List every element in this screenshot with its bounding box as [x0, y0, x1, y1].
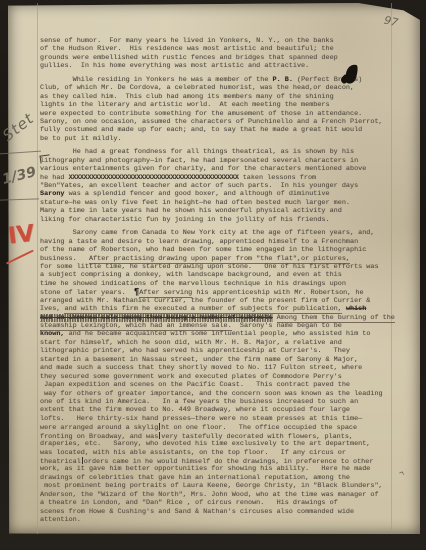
typed-segment: lights in the literary and artistic worl…: [40, 101, 330, 109]
typed-segment: fully costumed and made up for each; and…: [40, 126, 362, 134]
typed-segment: lithographic printer, who had served his…: [40, 347, 350, 355]
typed-line: lofts. Here thirty-six hand presses—ther…: [40, 415, 392, 423]
typed-line: lights in the literary and artistic worl…: [40, 101, 392, 109]
typed-line: Anderson, the "Wizard of the North", Mrs…: [40, 491, 392, 499]
typed-segment: drawings of celebrities that gave him an…: [40, 474, 350, 482]
typed-segment: Sarony's name began to be: [232, 322, 342, 330]
typed-line: having a taste and desire to learn drawi…: [40, 238, 392, 246]
typed-segment: and made such a success that they shortl…: [40, 364, 362, 372]
typed-line: Ives, and with this firm he executed a n…: [40, 305, 392, 313]
red-margin-rule-left: [37, 3, 38, 534]
typed-segment: Japan expedition and scenes on the Pacif…: [40, 381, 350, 389]
typed-line: started in a basement in Nassau street, …: [40, 356, 392, 364]
typed-segment: were expected to contribute something fo…: [40, 110, 362, 118]
typed-segment: having a taste and desire to learn drawi…: [40, 238, 358, 246]
typed-segment: XXXXXXXXXXXXXXXXXXXXXXXXXXXXXXXXXXXXXXXX…: [69, 174, 239, 182]
typed-line: business. After practising drawing upon …: [40, 255, 392, 263]
typed-segment: be to put it mildly.: [40, 135, 122, 143]
typed-segment: and with this firm he executed a number …: [64, 305, 341, 314]
typed-segment: time he showed indications of the marvel…: [40, 280, 346, 288]
typed-segment: He had a great fondness for all things t…: [40, 148, 354, 156]
typed-segment: various entertainments given for charity…: [40, 165, 366, 173]
typed-line: a subject comprising a donkey, with land…: [40, 271, 392, 279]
typed-line: Sarony was a splendid fencer and good bo…: [40, 190, 392, 198]
typed-line: liking for characteristic fun by joining…: [40, 216, 392, 224]
typed-line: most prominent being portraits of Laura …: [40, 482, 392, 490]
typed-line: scenes from Howe & Cushing's and Sand & …: [40, 508, 392, 516]
typed-segment: as they called him. This club had among …: [40, 93, 334, 101]
typed-segment: lithography and photography—in fact, he …: [40, 157, 358, 165]
typed-segment: arranged with Mr. Nathaniel Currier, the…: [40, 297, 370, 305]
typed-line: was located, with his able assistants, o…: [40, 449, 392, 457]
typed-segment: start for himself, which he soon did, wi…: [40, 339, 342, 347]
typed-segment: most prominent being portraits of Laura …: [40, 482, 383, 490]
typed-segment: lofts. Here thirty-six hand presses—ther…: [40, 415, 362, 423]
typed-segment: stature—he was only five feet in height—…: [40, 199, 350, 207]
typed-line: be to put it mildly.: [40, 135, 392, 143]
paragraph: He had a great fondness for all things t…: [40, 148, 392, 224]
typed-segment: [273, 314, 277, 322]
typed-line: a theatre in London, and "Dan" Rice , of…: [40, 499, 392, 507]
typed-segment: grounds were embellished with rustic fen…: [40, 54, 338, 62]
typed-line: He had a great fondness for all things t…: [40, 148, 392, 156]
typed-line: way for others of greater importance, an…: [40, 390, 392, 398]
typed-segment: a theatre in London, and "Dan" Rice , of…: [40, 499, 338, 507]
typed-segment: was a splendid fencer and good boxer, an…: [64, 190, 329, 198]
typed-segment: he had: [40, 174, 69, 182]
typed-segment: way for others of greater importance, an…: [40, 390, 383, 398]
typed-segment: Sarony came from Canada to New York city…: [40, 229, 374, 237]
typed-line: had an immense sale among them being a n…: [40, 314, 392, 322]
typed-segment: Sarony, on one occasion, assumed the cha…: [40, 118, 383, 126]
typed-segment: draperies, etc. Sarony, who devoted his …: [40, 440, 370, 448]
paragraph: While residing in Yonkers he was a membe…: [40, 76, 392, 144]
typed-segment: for some little time, he started drawing…: [40, 263, 379, 271]
typed-segment: and he became acquainted with some influ…: [64, 330, 370, 338]
typed-segment: had an immense sale among them being a n…: [40, 314, 273, 322]
typed-line: Sarony came from Canada to New York city…: [40, 229, 392, 237]
typed-segment: Sarony: [40, 190, 64, 198]
typed-line: work, as it gave him better opportunitie…: [40, 465, 392, 473]
typed-line: of the Hudson River. His residence was m…: [40, 45, 392, 53]
typed-segment: sense of humor. For many years he lived …: [40, 37, 334, 45]
typed-segment: Many a time in late years had he shown h…: [40, 207, 342, 215]
typed-line: extent that the firm moved to No. 449 Br…: [40, 406, 392, 414]
typed-segment: business.: [40, 255, 89, 263]
typed-line: of the name of Robertson, who had been f…: [40, 246, 392, 254]
typed-line: stone of later years. ¶After serving his…: [40, 288, 392, 296]
typed-line: various entertainments given for charity…: [40, 165, 392, 173]
typed-segment: was located, with his able assistants, o…: [40, 449, 346, 457]
typed-segment: While residing in Yonkers he was a membe…: [40, 76, 273, 84]
typed-segment: which: [346, 305, 366, 313]
typed-segment: Anderson, the "Wizard of the North", Mrs…: [40, 491, 379, 499]
typed-segment: P. B.: [273, 76, 293, 84]
paragraph-bracket-mark: [39, 154, 50, 163]
typed-segment: of the name of Robertson, who had been f…: [40, 246, 366, 254]
typed-line: were arranged around a skylight on one f…: [40, 423, 392, 431]
paragraph: sense of humor. For many years he lived …: [40, 37, 392, 71]
typed-line: they secured some government work and ex…: [40, 373, 392, 381]
typed-line: gullies. In his home everything was most…: [40, 62, 392, 70]
typed-line: were expected to contribute something fo…: [40, 110, 392, 118]
typed-segment: started in a basement in Nassau street, …: [40, 356, 358, 364]
typed-segment: extent that the firm moved to No. 449 Br…: [40, 406, 350, 414]
typed-segment: they secured some government work and ex…: [40, 373, 342, 381]
typed-line: time he showed indications of the marvel…: [40, 280, 392, 288]
typed-segment: Club, of which Mr. De Cordova, a celebra…: [40, 84, 354, 92]
typed-line: fully costumed and made up for each; and…: [40, 126, 392, 134]
typed-segment: gullies. In his home everything was most…: [40, 62, 309, 70]
section-numeral-annotation: IV: [7, 220, 36, 249]
typed-line: draperies, etc. Sarony, who devoted his …: [40, 440, 392, 448]
typed-segment: attention.: [40, 516, 81, 524]
typed-line: lithography and photography—in fact, he …: [40, 157, 392, 165]
typed-segment: Ives,: [40, 305, 64, 313]
typed-segment: [82, 457, 83, 464]
typed-segment: of the Hudson River. His residence was m…: [40, 45, 334, 53]
typed-line: he had XXXXXXXXXXXXXXXXXXXXXXXXXXXXXXXXX…: [40, 174, 392, 182]
typed-segment: known,: [40, 330, 64, 338]
typed-segment: a subject comprising a donkey, with land…: [40, 271, 342, 279]
typed-line: Many a time in late years had he shown h…: [40, 207, 392, 215]
typed-line: and made such a success that they shortl…: [40, 364, 392, 372]
typed-segment: taken lessons from: [239, 174, 317, 182]
typed-line: as they called him. This club had among …: [40, 93, 392, 101]
typed-line: lithographic printer, who had served his…: [40, 347, 392, 355]
typed-segment: one of its kind in America. In a few yea…: [40, 398, 358, 406]
typed-line: attention.: [40, 516, 392, 524]
photo-background: { "page_number": "97", "marginalia": { "…: [0, 0, 426, 550]
typed-line: Japan expedition and scenes on the Pacif…: [40, 381, 392, 389]
typed-segment: work, as it gave him better opportunitie…: [40, 465, 370, 473]
typed-segment: "Ben"Yates, an excellent teacher and act…: [40, 182, 358, 190]
typed-segment: liking for characteristic fun by joining…: [40, 216, 330, 224]
typescript: sense of humor. For many years he lived …: [40, 37, 392, 530]
paragraph: Sarony came from Canada to New York city…: [40, 229, 392, 524]
typed-line: arranged with Mr. Nathaniel Currier, the…: [40, 297, 392, 305]
typed-line: While residing in Yonkers he was a membe…: [40, 76, 392, 84]
typed-line: fronting on Broadway, and wasvery tastef…: [40, 432, 392, 440]
typed-line: known, and he became acquainted with som…: [40, 330, 392, 338]
typed-segment: scenes from Howe & Cushing's and Sand & …: [40, 508, 354, 516]
typed-line: Club, of which Mr. De Cordova, a celebra…: [40, 84, 392, 92]
